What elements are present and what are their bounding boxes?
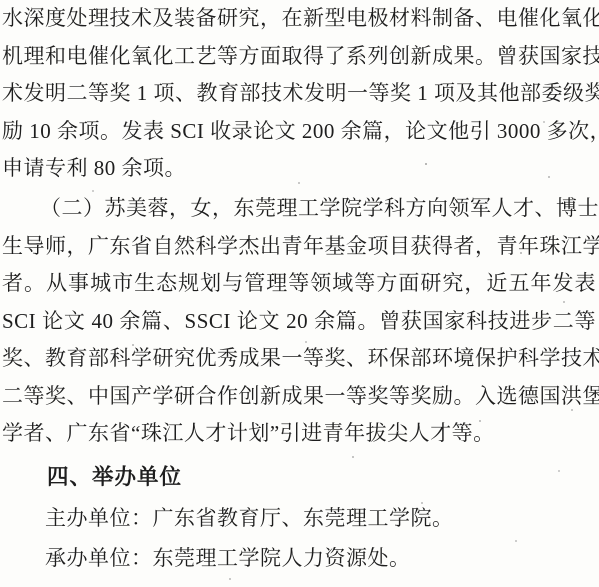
paragraph-bio-2: （二）苏美蓉，女，东莞理工学院学科方向领军人才、博士 生导师，广东省自然科学杰出… bbox=[2, 190, 596, 453]
text-line: 励 10 余项。发表 SCI 收录论文 200 余篇，论文他引 3000 多次， bbox=[2, 113, 596, 151]
section-heading-organizers: 四、举办单位 bbox=[2, 458, 596, 496]
text-line: 水深度处理技术及装备研究，在新型电极材料制备、电催化氧化 bbox=[2, 0, 596, 38]
text-line: 术发明二等奖 1 项、教育部技术发明一等奖 1 项及其他部委级奖 bbox=[2, 75, 596, 113]
text-line: 奖、教育部科学研究优秀成果一等奖、环保部环境保护科学技术 bbox=[2, 340, 596, 378]
text-line: 学者、广东省“珠江人才计划”引进青年拔尖人才等。 bbox=[2, 415, 596, 453]
text-line: 申请专利 80 余项。 bbox=[2, 150, 596, 188]
text-line: （二）苏美蓉，女，东莞理工学院学科方向领军人才、博士 bbox=[2, 190, 596, 228]
document-page: 水深度处理技术及装备研究，在新型电极材料制备、电催化氧化 机理和电催化氧化工艺等… bbox=[0, 0, 599, 587]
paragraph-bio-1: 水深度处理技术及装备研究，在新型电极材料制备、电催化氧化 机理和电催化氧化工艺等… bbox=[2, 0, 596, 188]
text-line: 二等奖、中国产学研合作创新成果一等奖等奖励。入选德国洪堡 bbox=[2, 378, 596, 416]
text-line: 者。从事城市生态规划与管理等领域等方面研究，近五年发表 bbox=[2, 265, 596, 303]
host-unit-line: 主办单位：广东省教育厅、东莞理工学院。 bbox=[2, 500, 596, 538]
text-line: 生导师，广东省自然科学杰出青年基金项目获得者，青年珠江学 bbox=[2, 228, 596, 266]
text-line: SCI 论文 40 余篇、SSCI 论文 20 余篇。曾获国家科技进步二等 bbox=[2, 303, 596, 341]
undertaker-unit-line: 承办单位：东莞理工学院人力资源处。 bbox=[2, 540, 596, 578]
text-line: 机理和电催化氧化工艺等方面取得了系列创新成果。曾获国家技 bbox=[2, 38, 596, 76]
